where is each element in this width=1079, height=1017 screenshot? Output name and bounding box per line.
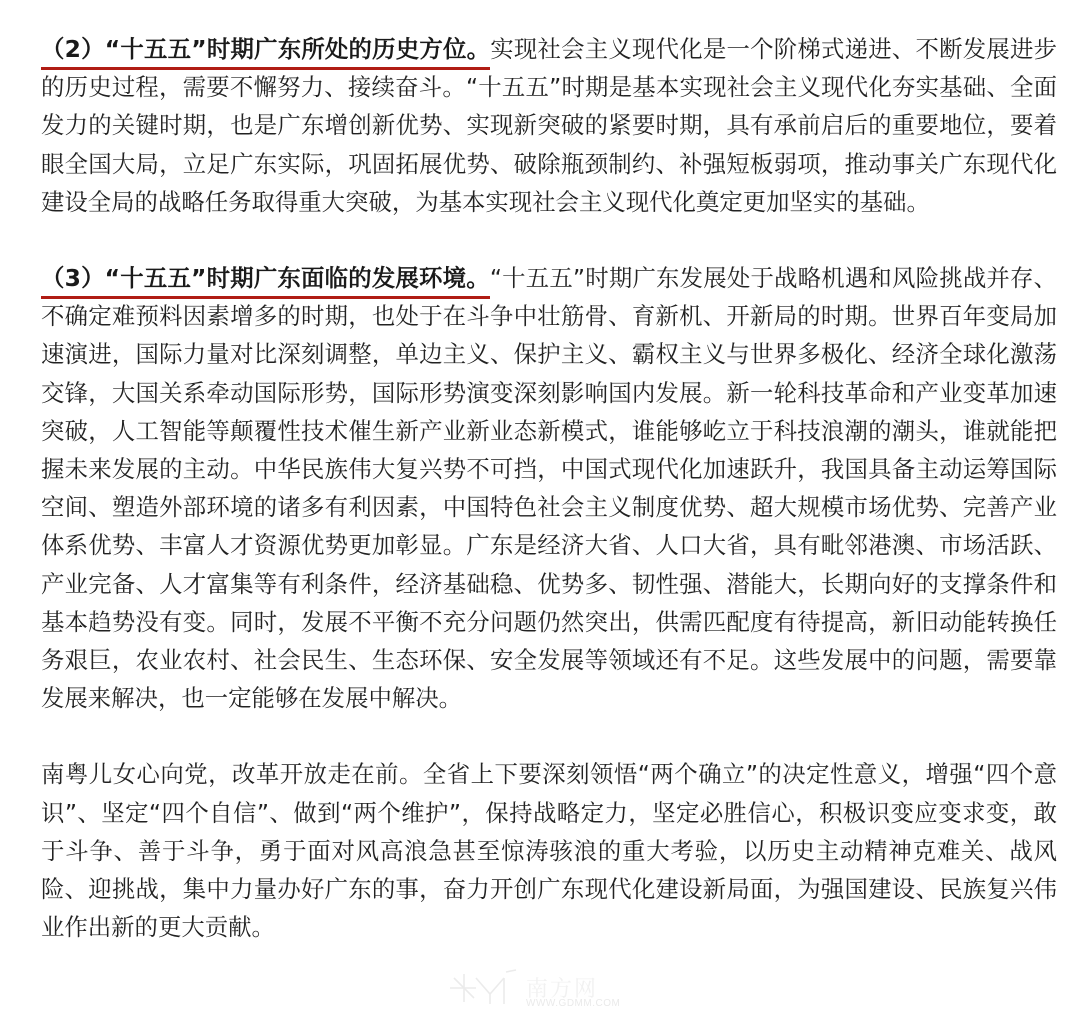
watermark-logo-icon [446, 968, 522, 1008]
paragraph-text: “十五五”时期广东发展处于战略机遇和风险挑战并存、不确定难预料因素增多的时期，也… [41, 264, 1057, 712]
paragraph-historical-position: （2）“十五五”时期广东所处的历史方位。实现社会主义现代化是一个阶梯式递进、不断… [41, 30, 1057, 221]
watermark-url: WWW.GDMM.COM [526, 998, 620, 1009]
paragraph-text: 南粤儿女心向党，改革开放走在前。全省上下要深刻领悟“两个确立”的决定性意义，增强… [41, 760, 1057, 941]
watermark: 南方网 WWW.GDMM.COM [446, 968, 646, 1012]
paragraph-conclusion: 南粤儿女心向党，改革开放走在前。全省上下要深刻领悟“两个确立”的决定性意义，增强… [41, 755, 1057, 946]
section-heading-development-environment: （3）“十五五”时期广东面临的发展环境。 [41, 264, 490, 299]
paragraph-development-environment: （3）“十五五”时期广东面临的发展环境。“十五五”时期广东发展处于战略机遇和风险… [41, 259, 1057, 717]
section-heading-historical-position: （2）“十五五”时期广东所处的历史方位。 [41, 35, 490, 70]
article-body: （2）“十五五”时期广东所处的历史方位。实现社会主义现代化是一个阶梯式递进、不断… [41, 30, 1057, 946]
